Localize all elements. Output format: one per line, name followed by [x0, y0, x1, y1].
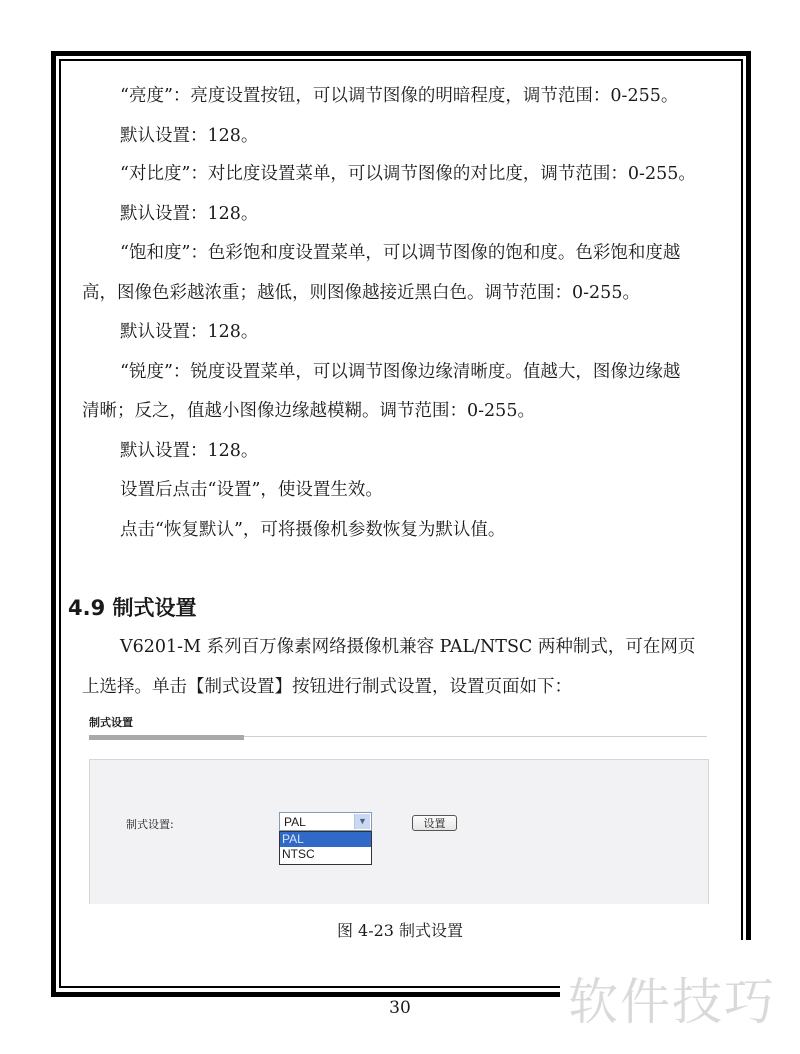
paragraph-default: 默认设置：128。 [120, 126, 258, 146]
select-value: PAL [284, 815, 306, 829]
paragraph-saturation-cont: 高，图像色彩越浓重；越低，则图像越接近黑白色。调节范围：0-255。 [82, 283, 640, 303]
paragraph-default: 默认设置：128。 [120, 441, 258, 461]
paragraph-default: 默认设置：128。 [120, 204, 258, 224]
paragraph-video-standard-cont: 上选择。单击【制式设置】按钮进行制式设置，设置页面如下： [82, 677, 572, 697]
section-heading: 4.9 制式设置 [68, 592, 197, 622]
screenshot-title: 制式设置 [89, 714, 133, 730]
paragraph-sharpness-cont: 清晰；反之，值越小图像边缘越模糊。调节范围：0-255。 [82, 401, 535, 421]
watermark: 软件技巧 [568, 962, 776, 1034]
video-standard-label: 制式设置: [126, 816, 174, 832]
set-button[interactable]: 设置 [412, 815, 457, 831]
paragraph-sharpness: “锐度”：锐度设置菜单，可以调节图像边缘清晰度。值越大，图像边缘越 [120, 362, 680, 382]
paragraph-brightness: “亮度”：亮度设置按钮，可以调节图像的明暗程度，调节范围：0-255。 [120, 86, 678, 106]
option-ntsc[interactable]: NTSC [280, 847, 371, 862]
paragraph-saturation: “饱和度”：色彩饱和度设置菜单，可以调节图像的饱和度。色彩饱和度越 [120, 243, 680, 263]
paragraph-restore: 点击“恢复默认”，可将摄像机参数恢复为默认值。 [120, 520, 505, 540]
settings-panel [89, 759, 709, 904]
paragraph-default: 默认设置：128。 [120, 322, 258, 342]
video-standard-dropdown: PAL NTSC [279, 831, 372, 865]
figure-caption: 图 4-23 制式设置 [0, 918, 800, 941]
title-accent-bar [89, 735, 244, 740]
paragraph-apply: 设置后点击“设置”，使设置生效。 [120, 480, 383, 500]
chevron-down-icon[interactable]: ▼ [354, 814, 370, 829]
video-standard-select[interactable]: PAL ▼ [279, 812, 372, 831]
paragraph-video-standard: V6201-M 系列百万像素网络摄像机兼容 PAL/NTSC 两种制式，可在网页 [120, 637, 695, 657]
paragraph-contrast: “对比度”：对比度设置菜单，可以调节图像的对比度，调节范围：0-255。 [120, 164, 696, 184]
option-pal[interactable]: PAL [280, 832, 371, 847]
